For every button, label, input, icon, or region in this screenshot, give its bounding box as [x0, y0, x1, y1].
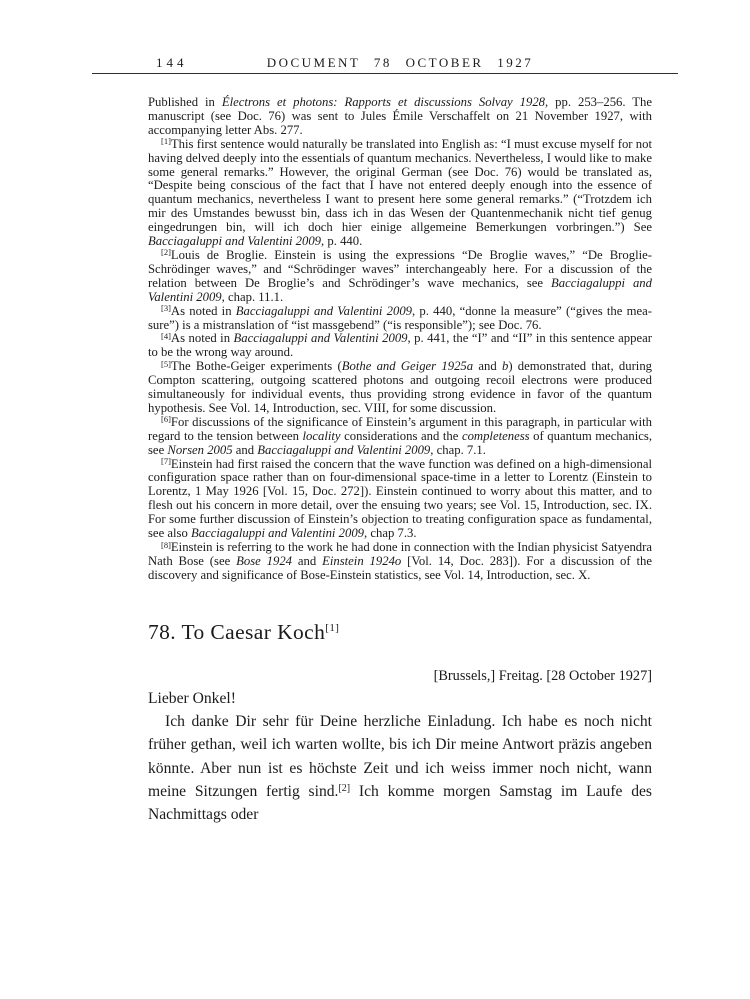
footnote-2: [2]Louis de Broglie. Einstein is using t… [148, 249, 652, 305]
running-head: DOCUMENT 78 OCTOBER 1927 [148, 55, 652, 71]
footnote-6: [6]For discussions of the significance o… [148, 416, 652, 458]
footnote-3: [3]As noted in Bacciagaluppi and Valenti… [148, 305, 652, 333]
footnote-5: [5]The Bothe-Geiger experiments (Bothe a… [148, 360, 652, 416]
source-note: Published in Électrons et photons: Rappo… [148, 96, 652, 138]
header-rule [92, 73, 678, 74]
salutation: Lieber Onkel! [148, 690, 652, 708]
footnote-4: [4]As noted in Bacciagaluppi and Valenti… [148, 332, 652, 360]
dateline: [Brussels,] Freitag. [28 October 1927] [148, 668, 652, 685]
text-block: Published in Électrons et photons: Rappo… [148, 96, 652, 827]
footnote-8: [8]Einstein is referring to the work he … [148, 541, 652, 583]
letter-body: Ich danke Dir sehr für Deine herzliche E… [148, 710, 652, 827]
footnote-1: [1]This first sentence would naturally b… [148, 138, 652, 249]
document-title: 78. To Caesar Koch[1] [148, 620, 652, 645]
book-page: 144 DOCUMENT 78 OCTOBER 1927 Published i… [0, 0, 750, 999]
footnote-7: [7]Einstein had first raised the concern… [148, 458, 652, 541]
